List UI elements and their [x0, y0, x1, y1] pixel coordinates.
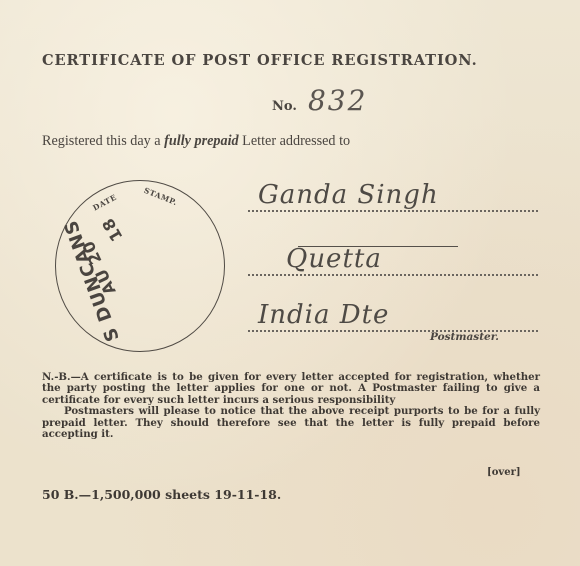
- address-line-1: Ganda Singh: [248, 172, 538, 212]
- dotted-rule: [248, 274, 538, 276]
- address-line-3: India Dte: [248, 292, 538, 332]
- dotted-rule: [248, 210, 538, 212]
- registration-number-row: No. 832: [272, 84, 367, 120]
- certificate-title: CERTIFICATE OF POST OFFICE REGISTRATION.: [42, 52, 542, 69]
- postmaster-label: Postmaster.: [430, 331, 499, 343]
- addressee-city: Quetta: [286, 244, 382, 274]
- addressee-country: India Dte: [258, 300, 389, 330]
- registered-emphasis: fully prepaid: [164, 133, 238, 149]
- addressee-name: Ganda Singh: [258, 180, 439, 210]
- over-label: [over]: [487, 467, 521, 478]
- notice-paragraph-1: N.-B.—A certificate is to be given for e…: [42, 372, 540, 406]
- registered-prefix: Registered this day a: [42, 133, 161, 149]
- number-label: No.: [272, 99, 297, 114]
- print-run-line: 50 B.—1,500,000 sheets 19-11-18.: [42, 487, 281, 502]
- notice-block: N.-B.—A certificate is to be given for e…: [42, 372, 540, 440]
- notice-paragraph-2: Postmasters will please to notice that t…: [42, 406, 540, 440]
- registered-statement: Registered this day a fully prepaid Lett…: [42, 133, 350, 150]
- registration-number: 832: [308, 84, 367, 117]
- address-line-2: Quetta: [248, 236, 538, 276]
- registered-suffix: Letter addressed to: [242, 133, 350, 149]
